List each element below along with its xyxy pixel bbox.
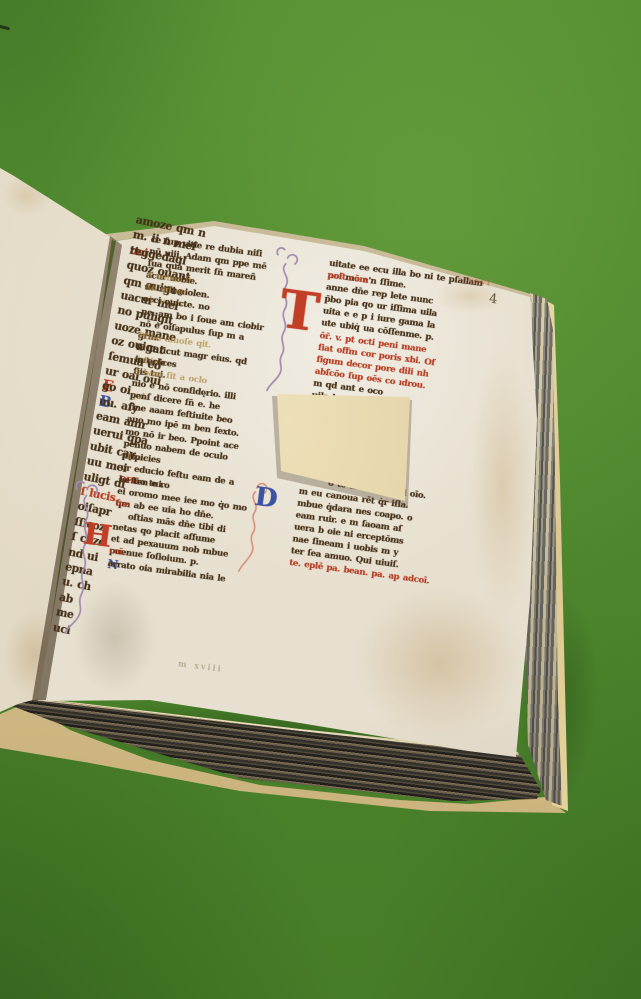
initial-H: H — [81, 520, 113, 553]
initial-D: D — [253, 484, 278, 513]
manuscript-photo-scene: amoze qm nm. ii n meſtt. noi reggedaglqu… — [0, 0, 641, 999]
folio-number: 4 — [488, 292, 498, 308]
initial-T: T — [276, 284, 321, 341]
